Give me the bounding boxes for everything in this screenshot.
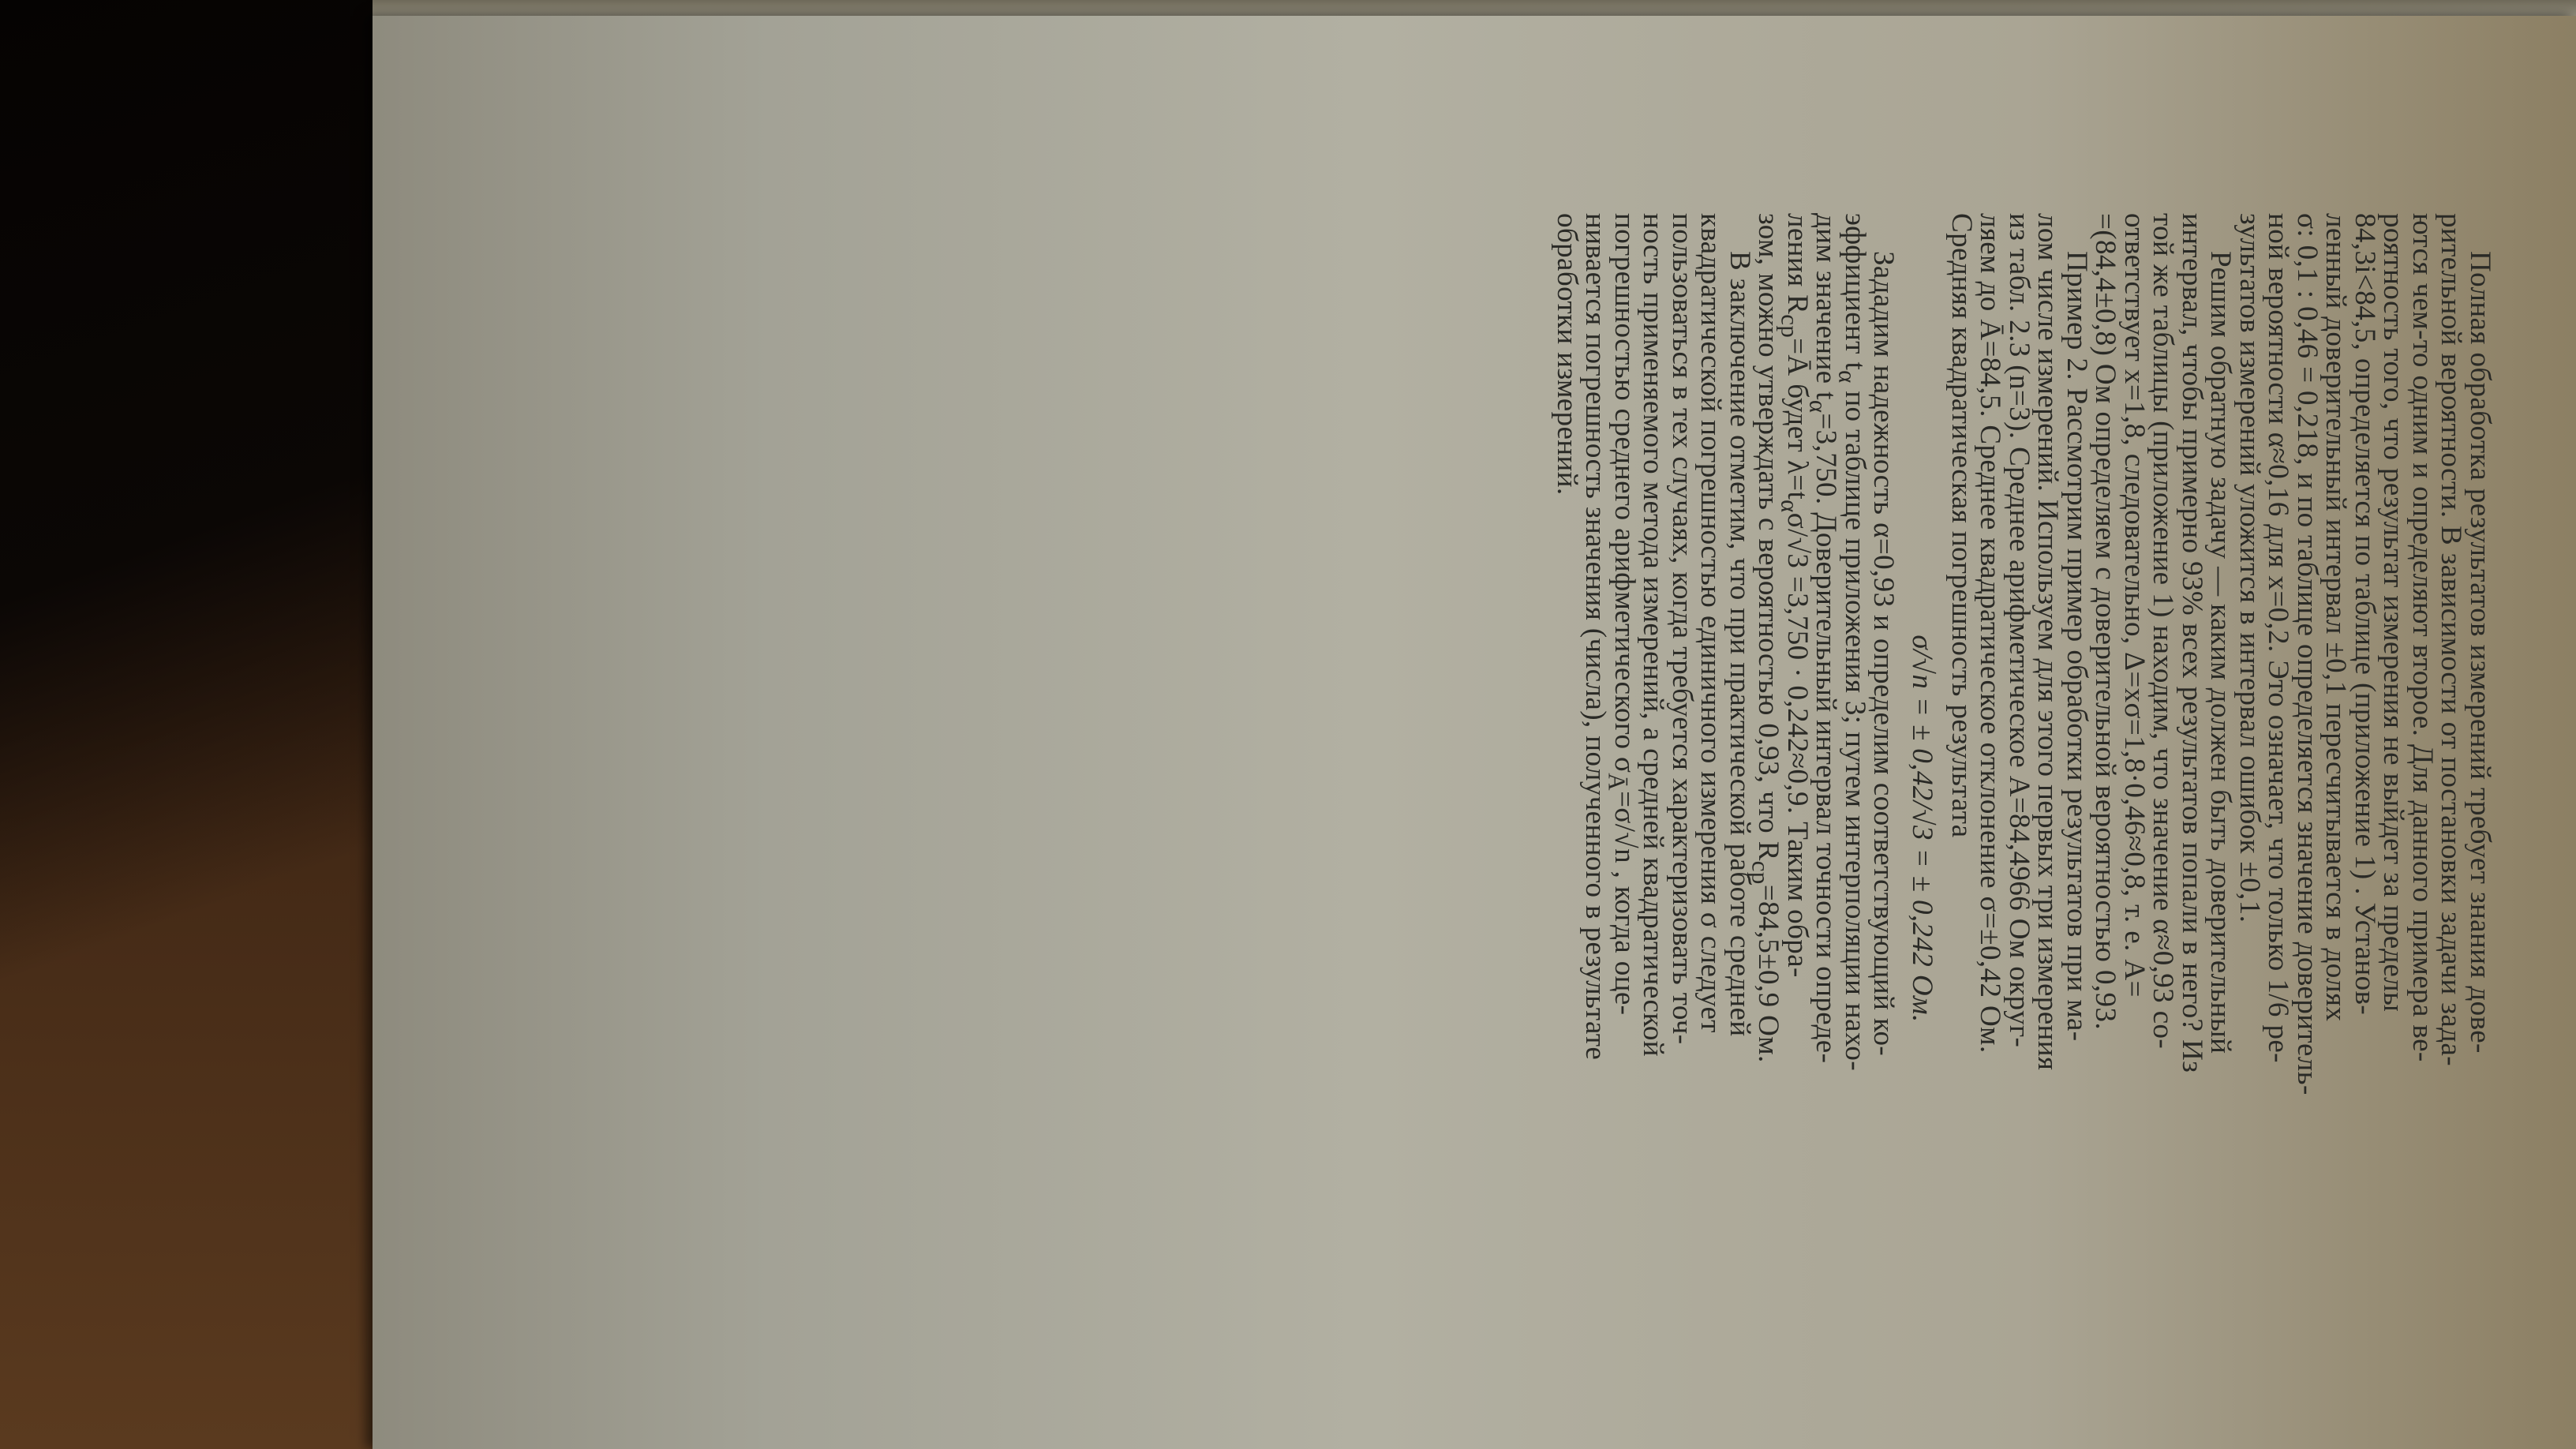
text-line: В заключение отметим, что при практическ…	[1725, 213, 1754, 1444]
page-text-block: Полная обработка результатов измерений т…	[1042, 213, 2494, 1444]
text-line: дим значение tα=3,750. Доверительный инт…	[1811, 213, 1840, 1444]
text-line: рительной вероятности. В зависимости от …	[2436, 213, 2466, 1444]
text-line: Решим обратную задачу — каким должен быт…	[2206, 213, 2235, 1444]
text-line: из табл. 2.3 (n=3). Среднее арифметическ…	[2005, 213, 2034, 1444]
text-line: эффициент tα по таблице приложения 3; пу…	[1840, 213, 1870, 1444]
text-line: той же таблицы (приложение 1) находим, ч…	[2148, 213, 2177, 1444]
text-line: ленный доверительный интервал ±0,1 перес…	[2321, 213, 2350, 1444]
text-line: лом числе измерений. Используем для этог…	[2033, 213, 2062, 1444]
paragraph-group-2: Зададим надежность α=0,93 и определим со…	[1552, 213, 1898, 1444]
text-line: ность применяемого метода измерений, а с…	[1638, 213, 1668, 1444]
text-line: Зададим надежность α=0,93 и определим со…	[1869, 213, 1898, 1444]
text-line: ной вероятности α≈0,16 для x=0,2. Это оз…	[2263, 213, 2293, 1444]
text-line: ляем до Ā=84,5. Среднее квадратическое о…	[1975, 213, 2005, 1444]
text-line: пользоваться в тех случаях, когда требуе…	[1668, 213, 1697, 1444]
text-line: погрешностью среднего арифметического σĀ…	[1610, 213, 1639, 1444]
text-line: 84,3i<84,5, определяется по таблице (при…	[2350, 213, 2379, 1444]
text-line: ления Rср=Ā будет λ=tασ/√3 =3,750 · 0,24…	[1783, 213, 1812, 1444]
text-line: зом, можно утверждать с вероятностью 0,9…	[1754, 213, 1783, 1444]
shadow-overlay	[0, 0, 379, 1449]
text-line: квадратической погрешностью единичного и…	[1696, 213, 1725, 1444]
paragraph-group-1: Полная обработка результатов измерений т…	[1947, 213, 2495, 1444]
text-line: обработки измерений.	[1552, 213, 1582, 1444]
text-line: зультатов измерений уложится в интервал …	[2235, 213, 2264, 1444]
text-line: σ: 0,1 : 0,46 = 0,218, и по таблице опре…	[2293, 213, 2322, 1444]
text-line: нивается погрешность значения (числа), п…	[1581, 213, 1610, 1444]
text-line: Средняя квадратическая погрешность резул…	[1947, 213, 1976, 1444]
text-line: интервал, чтобы примерно 93% всех резуль…	[2177, 213, 2207, 1444]
text-line: роятность того, что результат измерения …	[2379, 213, 2408, 1444]
text-line: Полная обработка результатов измерений т…	[2466, 213, 2495, 1444]
text-line: ответствует x=1,8, следовательно, Δ=xσ=1…	[2120, 213, 2149, 1444]
text-line: ются чем-то одним и определяют второе. Д…	[2408, 213, 2437, 1444]
formula-mean-error: σ/√n = ± 0,42/√3 = ± 0,242 Ом.	[1898, 213, 1947, 1444]
text-line: Пример 2. Рассмотрим пример обработки ре…	[2062, 213, 2091, 1444]
text-line: =(84,4±0,8) Ом определяем с доверительно…	[2091, 213, 2120, 1444]
